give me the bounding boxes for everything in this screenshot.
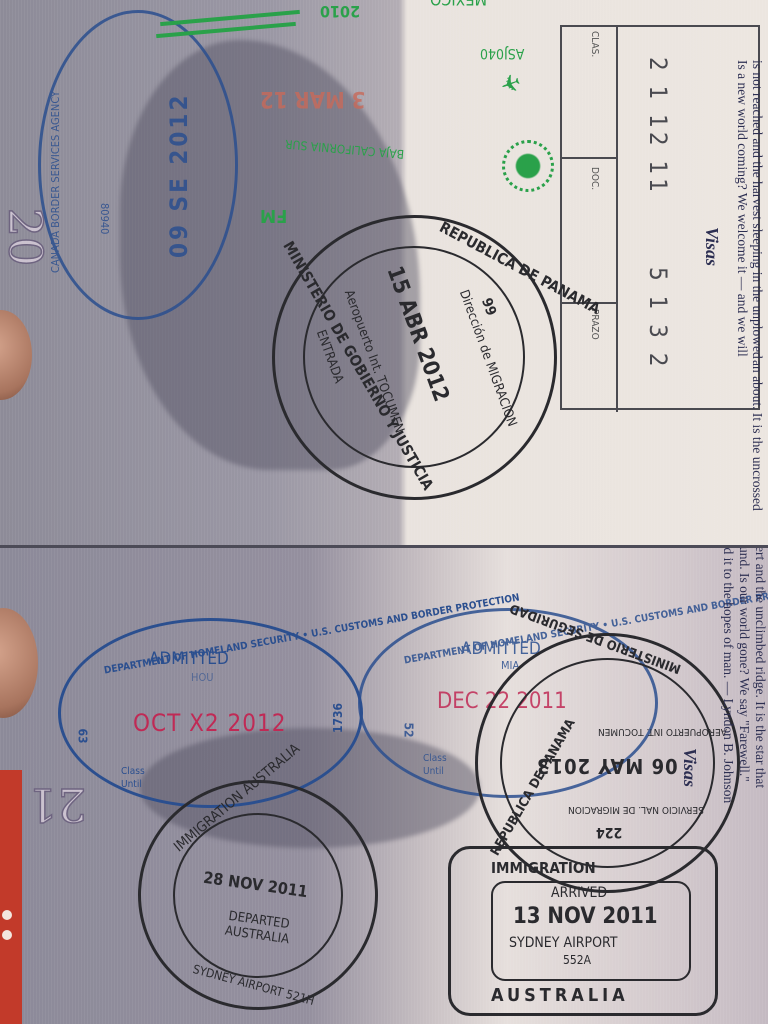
page-number: 21 xyxy=(28,778,87,832)
quote-line-2: Is a new world coming? We welcome it — a… xyxy=(735,60,750,357)
stamp-number-left: 52 xyxy=(402,722,416,737)
quote-line-1: is not reached and the harvest sleeping … xyxy=(750,60,765,359)
port-code: HOU xyxy=(191,671,213,684)
passport-page-21: 21 DEPARTMENT OF HOMELAND SECURITY • U.S… xyxy=(0,548,768,1024)
sydney-airport-label: SYDNEY AIRPORT xyxy=(509,935,617,951)
visas-header: Visas xyxy=(701,227,722,266)
panama-exit-stamp: MINISTERIO DE SEGURIDAD AEROPUERTO INT. … xyxy=(475,633,740,893)
mexico-red-date: 3 MAR 12 xyxy=(260,86,365,111)
mexico-year: 2010 xyxy=(320,2,360,21)
arrival-date: 13 NOV 2011 xyxy=(513,904,658,929)
airplane-icon: ✈ xyxy=(496,65,525,99)
mexico-region: BAJA CALIFORNIA SUR xyxy=(285,137,405,161)
canada-code: 80940 xyxy=(98,203,111,234)
visa-row2: 5 1 3 2 xyxy=(644,267,672,371)
passport-cover-edge xyxy=(0,770,22,1024)
quote-line-2: ground. Is our world gone? We say "Farew… xyxy=(737,548,752,782)
mexico-country: MEXICO xyxy=(430,0,487,9)
finger xyxy=(0,608,38,718)
australia-label: AUSTRALIA xyxy=(491,985,629,1006)
exit-number: 224 xyxy=(596,824,622,840)
canada-agency-text: CANADA BORDER SERVICES AGENCY xyxy=(49,0,62,273)
clas-label: CLAS. xyxy=(589,31,600,57)
stamp-number-right: 1736 xyxy=(331,703,345,733)
class-label: Class xyxy=(121,766,145,777)
australia-departed-stamp: IMMIGRATION AUSTRALIA 28 NOV 2011 DEPART… xyxy=(138,780,378,1010)
until-label: Until xyxy=(423,766,444,777)
doc-label: DOC. xyxy=(589,167,600,190)
admission-date: OCT X2 2012 xyxy=(133,709,286,737)
until-label: Until xyxy=(121,779,142,790)
panama-entry-stamp: REPUBLICA DE PANAMA MINISTERIO DE GOBIER… xyxy=(272,215,557,500)
mexico-flight: ASJ040 xyxy=(480,45,524,61)
class-label: Class xyxy=(423,753,447,764)
quote-line-3: bend it to the hopes of man. — Lyndon B.… xyxy=(721,548,736,803)
port-code: 552A xyxy=(563,953,591,967)
passport-page-20: 20 CANADA BORDER SERVICES AGENCY 80940 0… xyxy=(0,0,768,548)
visas-header: Visas xyxy=(679,748,700,787)
visa-row1: 2 1 12 11 xyxy=(644,57,672,196)
visa-box-stamp: CLAS. DOC. PRAZO 2 1 12 11 5 1 3 2 Visas xyxy=(560,25,760,410)
admitted-label: ADMITTED xyxy=(149,649,229,669)
mexico-initials: FM xyxy=(260,205,287,226)
mexico-seal-icon xyxy=(502,140,554,192)
exit-airport: AEROPUERTO INT. TOCUMEN xyxy=(598,726,727,737)
admitted-label: ADMITTED xyxy=(461,639,541,659)
quote-line-1: desert and the unclimbed ridge. It is th… xyxy=(753,548,768,788)
quote-line-3: an about. It is the uncrossed xyxy=(750,360,765,511)
mexico-stamp: 2010 MEXICO ASJ040 ✈ BAJA CALIFORNIA SUR… xyxy=(150,0,570,220)
stamp-number-left: 63 xyxy=(76,728,90,743)
finger xyxy=(0,310,32,400)
exit-agency: SERVICIO NAL. DE MIGRACION xyxy=(568,804,704,815)
us-admitted-stamp-hou: DEPARTMENT OF HOMELAND SECURITY • U.S. C… xyxy=(58,618,363,808)
